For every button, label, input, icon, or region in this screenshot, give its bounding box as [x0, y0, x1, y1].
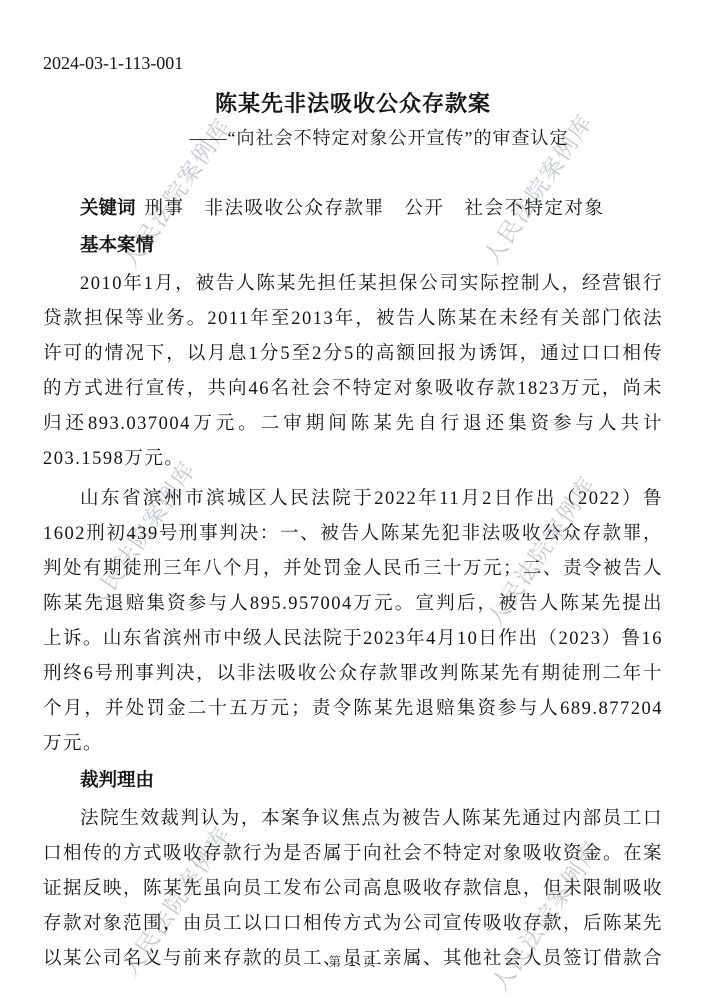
body-paragraph: 法院生效裁判认为，本案争议焦点为被告人陈某先通过内部员工口口相传的方式吸收存款行…	[43, 802, 663, 977]
keywords-line: 关键词刑事 非法吸收公众存款罪 公开 社会不特定对象	[43, 190, 663, 227]
case-number: 2024-03-1-113-001	[43, 0, 663, 74]
document-subtitle: ——“向社会不特定对象公开宣传”的审查认定	[69, 125, 689, 151]
document-title: 陈某先非法吸收公众存款案	[43, 90, 663, 117]
page-footer: 第 1 页	[0, 952, 706, 970]
document-content: 2024-03-1-113-001 陈某先非法吸收公众存款案 ——“向社会不特定…	[43, 0, 663, 977]
document-page: 人民法院案例库 人民法院案例库 人民法院案例库 人民法院案例库 人民法院案例库 …	[0, 0, 706, 999]
body-paragraph: 2010年1月，被告人陈某先担任某担保公司实际控制人，经营银行贷款担保等业务。2…	[43, 267, 663, 477]
body-paragraph: 山东省滨州市滨城区人民法院于2022年11月2日作出（2022）鲁1602刑初4…	[43, 482, 663, 762]
section-heading-basic-facts: 基本案情	[43, 227, 663, 262]
keywords-list: 刑事 非法吸收公众存款罪 公开 社会不特定对象	[145, 199, 605, 219]
keywords-label: 关键词	[80, 197, 136, 218]
section-heading-judgment-reasons: 裁判理由	[43, 762, 663, 797]
